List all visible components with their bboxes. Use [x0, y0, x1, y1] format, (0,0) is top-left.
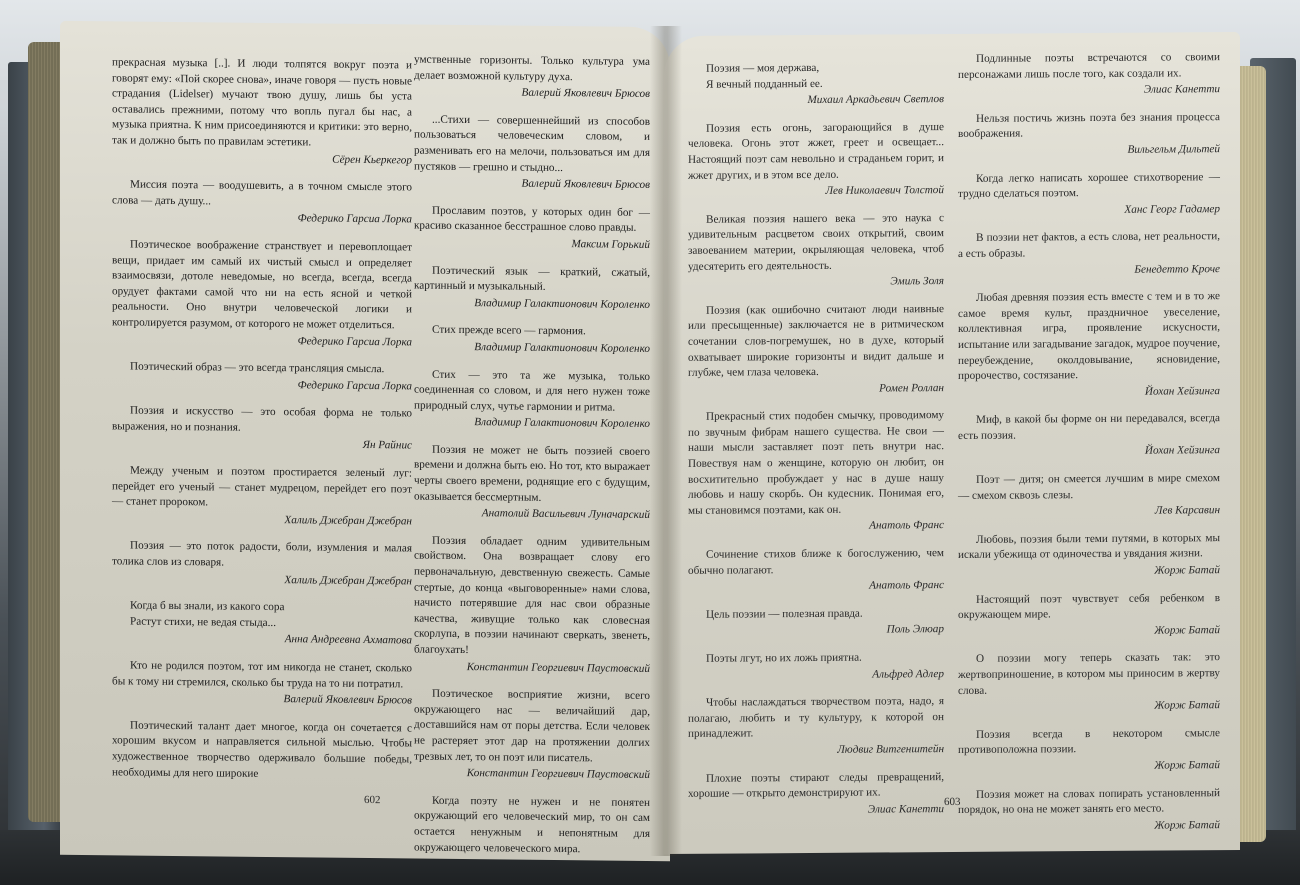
- quote-author: Максим Горький: [414, 235, 650, 253]
- quote-author: Владимир Галактионович Короленко: [414, 339, 650, 357]
- quote-author: Поль Элюар: [688, 622, 944, 639]
- quote-text: Поэзия (как ошибочно считают люди наивны…: [688, 302, 944, 382]
- quote-text: Когда поэту не нужен и не понятен окружа…: [414, 793, 650, 858]
- quote-text: Поэзия может на словах попирать установл…: [958, 786, 1220, 819]
- quote-text: Поэтическое восприятие жизни, всего окру…: [414, 687, 650, 767]
- quote-author: Федерико Гарсиа Лорка: [112, 332, 412, 351]
- quote-text: Поэзия всегда в некотором смысле противо…: [958, 726, 1220, 759]
- quote-author: Владимир Галактионович Короленко: [414, 415, 650, 433]
- quote-entry: Поэтическое восприятие жизни, всего окру…: [414, 687, 650, 784]
- quote-entry: Цель поэзии — полезная правда.Поль Элюар: [688, 606, 944, 640]
- quote-author: Ханс Георг Гадамер: [958, 202, 1220, 219]
- quote-author: Халиль Джебран Джебран: [112, 571, 412, 590]
- quote-entry: Миф, в какой бы форме он ни передавался,…: [958, 411, 1220, 461]
- quote-author: Анатоль Франс: [688, 518, 944, 535]
- quote-text: Прославим поэтов, у которых один бог — к…: [414, 203, 650, 237]
- quote-text: Кто не родился поэтом, тот им никогда не…: [112, 658, 412, 692]
- quote-text: Поэзия и искусство — это особая форма не…: [112, 404, 412, 438]
- quote-text: Когда легко написать хорошее стихотворен…: [958, 170, 1220, 203]
- quote-text: Поэтический язык — краткий, сжатый, карт…: [414, 263, 650, 297]
- quote-entry: Подлинные поэты встречаются со своими пе…: [958, 50, 1220, 100]
- quote-entry: Стих прежде всего — гармония.Владимир Га…: [414, 323, 650, 358]
- quote-author: Жорж Батай: [958, 698, 1220, 715]
- quote-entry: Плохие поэты стирают следы превращений, …: [688, 770, 944, 820]
- quote-text: Поэтический образ — это всегда трансляци…: [112, 359, 412, 378]
- quote-entry: Поэтическое воображение странствует и пе…: [112, 237, 412, 350]
- quote-entry: Поэзия не может не быть поэзией своего в…: [414, 442, 650, 523]
- quote-entry: Поэзия — это поток радости, боли, изумле…: [112, 539, 412, 590]
- left-page-column-b: умственные горизонты. Только культура ум…: [414, 53, 650, 862]
- book-gutter-shadow: [650, 26, 682, 856]
- quote-entry: Поэзия обладает одним удивительным свойс…: [414, 533, 650, 677]
- quote-text: Чтобы наслаждаться творчеством поэта, на…: [688, 694, 944, 743]
- quote-entry: прекрасная музыка [..]. И люди толпятся …: [112, 55, 412, 168]
- quote-author: Бенедетто Кроче: [958, 262, 1220, 279]
- quote-text: В поэзии нет фактов, а есть слова, нет р…: [958, 229, 1220, 262]
- quote-entry: Когда поэту не нужен и не понятен окружа…: [414, 793, 650, 861]
- quote-entry: умственные горизонты. Только культура ум…: [414, 53, 650, 103]
- quote-entry: Прославим поэтов, у которых один бог — к…: [414, 203, 650, 253]
- quote-text: прекрасная музыка [..]. И люди толпятся …: [112, 55, 412, 152]
- quote-text: Прекрасный стих подобен смычку, проводим…: [688, 408, 944, 519]
- quote-entry: Когда б вы знали, из какого сораРастут с…: [112, 599, 412, 650]
- quote-text: Поэзия — это поток радости, боли, изумле…: [112, 539, 412, 573]
- quote-text: Цель поэзии — полезная правда.: [688, 606, 944, 623]
- quote-entry: ...Стихи — совершеннейший из способов по…: [414, 112, 650, 193]
- quote-text: Настоящий поэт чувствует себя ребенком в…: [958, 591, 1220, 624]
- quote-author: Владимир Галактионович Короленко: [414, 295, 650, 313]
- quote-text: Поэт — дитя; он смеется лучшим в мире см…: [958, 471, 1220, 504]
- quote-entry: Поэзия (как ошибочно считают люди наивны…: [688, 302, 944, 398]
- quote-entry: Великая поэзия нашего века — это наука с…: [688, 211, 944, 292]
- quote-entry: Кто не родился поэтом, тот им никогда не…: [112, 658, 412, 709]
- quote-author: Константин Георгиевич Паустовский: [414, 659, 650, 677]
- right-page-column-b: Подлинные поэты встречаются со своими пе…: [958, 50, 1220, 847]
- quote-entry: В поэзии нет фактов, а есть слова, нет р…: [958, 229, 1220, 279]
- page-number: 602: [364, 794, 381, 806]
- quote-entry: О поэзии могу теперь сказать так: это же…: [958, 651, 1220, 716]
- quote-text: Поэты лгут, но их ложь приятна.: [688, 650, 944, 667]
- quote-author: Лев Николаевич Толстой: [688, 183, 944, 200]
- quote-verse-line: Растут стихи, не ведая стыда...: [112, 614, 412, 633]
- quote-text: Между ученым и поэтом простирается зелен…: [112, 463, 412, 513]
- quote-author: Элиас Канетти: [958, 82, 1220, 99]
- left-page-column-a: прекрасная музыка [..]. И люди толпятся …: [112, 55, 412, 795]
- quote-entry: Поэтический язык — краткий, сжатый, карт…: [414, 263, 650, 313]
- quote-entry: Любая древняя поэзия есть вместе с тем и…: [958, 289, 1220, 401]
- quote-entry: Поэзия всегда в некотором смысле противо…: [958, 726, 1220, 776]
- quote-author: Альфред Адлер: [688, 667, 944, 684]
- quote-author: Анатоль Франс: [688, 578, 944, 595]
- quote-entry: Поэзия может на словах попирать установл…: [958, 786, 1220, 836]
- quote-author: Федерико Гарсиа Лорка: [112, 376, 412, 395]
- quote-entry: Поэтический образ — это всегда трансляци…: [112, 359, 412, 394]
- quote-text: Стих прежде всего — гармония.: [414, 323, 650, 341]
- quote-entry: Поэтический талант дает многое, когда он…: [112, 718, 412, 784]
- quote-entry: Поэты лгут, но их ложь приятна.Альфред А…: [688, 650, 944, 684]
- quote-author: Йохан Хейзинга: [958, 384, 1220, 401]
- quote-author: Вильгельм Дильтей: [958, 142, 1220, 159]
- quote-entry: Прекрасный стих подобен смычку, проводим…: [688, 408, 944, 536]
- quote-author: Валерий Яковлевич Брюсов: [414, 176, 650, 194]
- quote-text: Стих — это та же музыка, только соединен…: [414, 367, 650, 416]
- quote-entry: Поэт — дитя; он смеется лучшим в мире см…: [958, 471, 1220, 521]
- quote-text: Подлинные поэты встречаются со своими пе…: [958, 50, 1220, 83]
- quote-author: Элиас Канетти: [688, 802, 944, 819]
- quote-author: Анатолий Васильевич Луначарский: [414, 506, 650, 524]
- quote-entry: Стих — это та же музыка, только соединен…: [414, 367, 650, 433]
- right-page: Поэзия — моя держава,Я вечный подданный …: [664, 32, 1240, 854]
- left-page: прекрасная музыка [..]. И люди толпятся …: [60, 21, 670, 861]
- quote-text: Нельзя постичь жизнь поэта без знания пр…: [958, 110, 1220, 143]
- quote-entry: Между ученым и поэтом простирается зелен…: [112, 463, 412, 530]
- quote-text: Плохие поэты стирают следы превращений, …: [688, 770, 944, 803]
- quote-text: Миф, в какой бы форме он ни передавался,…: [958, 411, 1220, 444]
- quote-text: Поэзия не может не быть поэзией своего в…: [414, 442, 650, 507]
- quote-text: Поэтическое воображение странствует и пе…: [112, 237, 412, 334]
- quote-text: Великая поэзия нашего века — это наука с…: [688, 211, 944, 275]
- quote-author: Анна Андреевна Ахматова: [112, 631, 412, 650]
- right-page-column-a: Поэзия — моя держава,Я вечный подданный …: [688, 60, 944, 831]
- quote-entry: Чтобы наслаждаться творчеством поэта, на…: [688, 694, 944, 759]
- quote-entry: Любовь, поэзия были теми путями, в котор…: [958, 531, 1220, 581]
- quote-text: Поэтический талант дает многое, когда он…: [112, 718, 412, 784]
- quote-entry: Поэзия — моя держава,Я вечный подданный …: [688, 60, 944, 110]
- quote-author: Лев Карсавин: [958, 503, 1220, 520]
- quote-text: Миссия поэта — воодушевить, а в точном с…: [112, 178, 412, 212]
- page-number: 603: [944, 796, 961, 808]
- quote-author: Федерико Гарсиа Лорка: [112, 210, 412, 229]
- quote-author: Ромен Роллан: [688, 381, 944, 398]
- quote-entry: Поэзия есть огонь, загорающийся в душе ч…: [688, 120, 944, 201]
- quote-entry: Миссия поэта — воодушевить, а в точном с…: [112, 178, 412, 229]
- quote-entry: Настоящий поэт чувствует себя ребенком в…: [958, 591, 1220, 641]
- quote-author: Жорж Батай: [958, 623, 1220, 640]
- quote-author: Жорж Батай: [958, 818, 1220, 835]
- quote-text: ...Стихи — совершеннейший из способов по…: [414, 112, 650, 177]
- quote-text: Поэзия есть огонь, загорающийся в душе ч…: [688, 120, 944, 184]
- quote-author: Йохан Хейзинга: [958, 444, 1220, 461]
- quote-entry: Нельзя постичь жизнь поэта без знания пр…: [958, 110, 1220, 160]
- quote-author: Эмиль Золя: [688, 274, 944, 291]
- quote-author: Ян Райнис: [112, 436, 412, 455]
- quote-author: Сёрен Кьеркегор: [112, 150, 412, 169]
- quote-author: Халиль Джебран Джебран: [112, 511, 412, 530]
- quote-entry: Сочинение стихов ближе к богослужению, ч…: [688, 546, 944, 596]
- quote-text: Любовь, поэзия были теми путями, в котор…: [958, 531, 1220, 564]
- quote-text: Поэзия обладает одним удивительным свойс…: [414, 533, 650, 660]
- quote-author: Людвиг Витгенштейн: [688, 742, 944, 759]
- quote-text: умственные горизонты. Только культура ум…: [414, 53, 650, 87]
- quote-verse-line: Я вечный подданный ее.: [688, 76, 944, 93]
- quote-text: Любая древняя поэзия есть вместе с тем и…: [958, 289, 1220, 384]
- quote-author: Валерий Яковлевич Брюсов: [112, 691, 412, 710]
- quote-author: Михаил Аркадьевич Светлов: [688, 92, 944, 109]
- quote-author: Жорж Батай: [958, 563, 1220, 580]
- quote-text: Сочинение стихов ближе к богослужению, ч…: [688, 546, 944, 579]
- quote-text: О поэзии могу теперь сказать так: это же…: [958, 651, 1220, 700]
- quote-entry: Когда легко написать хорошее стихотворен…: [958, 170, 1220, 220]
- quote-verse-line: Поэзия — моя держава,: [688, 60, 944, 77]
- quote-author: Валерий Яковлевич Брюсов: [414, 85, 650, 103]
- quote-author: Жорж Батай: [958, 758, 1220, 775]
- quote-entry: Поэзия и искусство — это особая форма не…: [112, 404, 412, 455]
- quote-author: Константин Георгиевич Паустовский: [414, 766, 650, 784]
